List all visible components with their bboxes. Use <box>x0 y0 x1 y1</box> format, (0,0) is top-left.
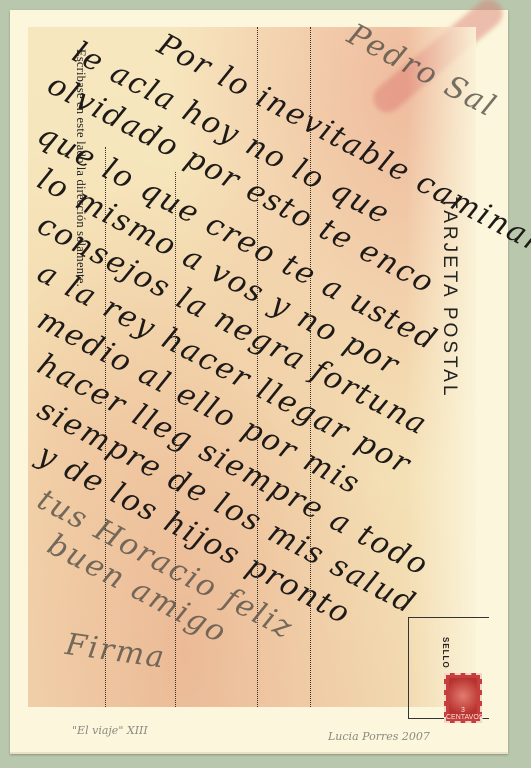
paper-mat: Escribase en este lado la dirección sola… <box>10 10 508 754</box>
stamp-number: 3 <box>461 707 465 714</box>
stamp-denomination: CENTAVOS <box>446 714 483 721</box>
stamp-value: 3 CENTAVOS <box>446 707 480 721</box>
postage-stamp: 3 CENTAVOS <box>444 673 482 723</box>
signature: Firma <box>63 627 168 676</box>
postcard: Escribase en este lado la dirección sola… <box>28 27 476 707</box>
artist-signature: Lucia Porres 2007 <box>328 730 430 743</box>
handwritten-letter: Pedro Sal Por lo inevitable caminar, le … <box>48 27 478 727</box>
artwork-title: "El viaje" XIII <box>72 724 148 737</box>
